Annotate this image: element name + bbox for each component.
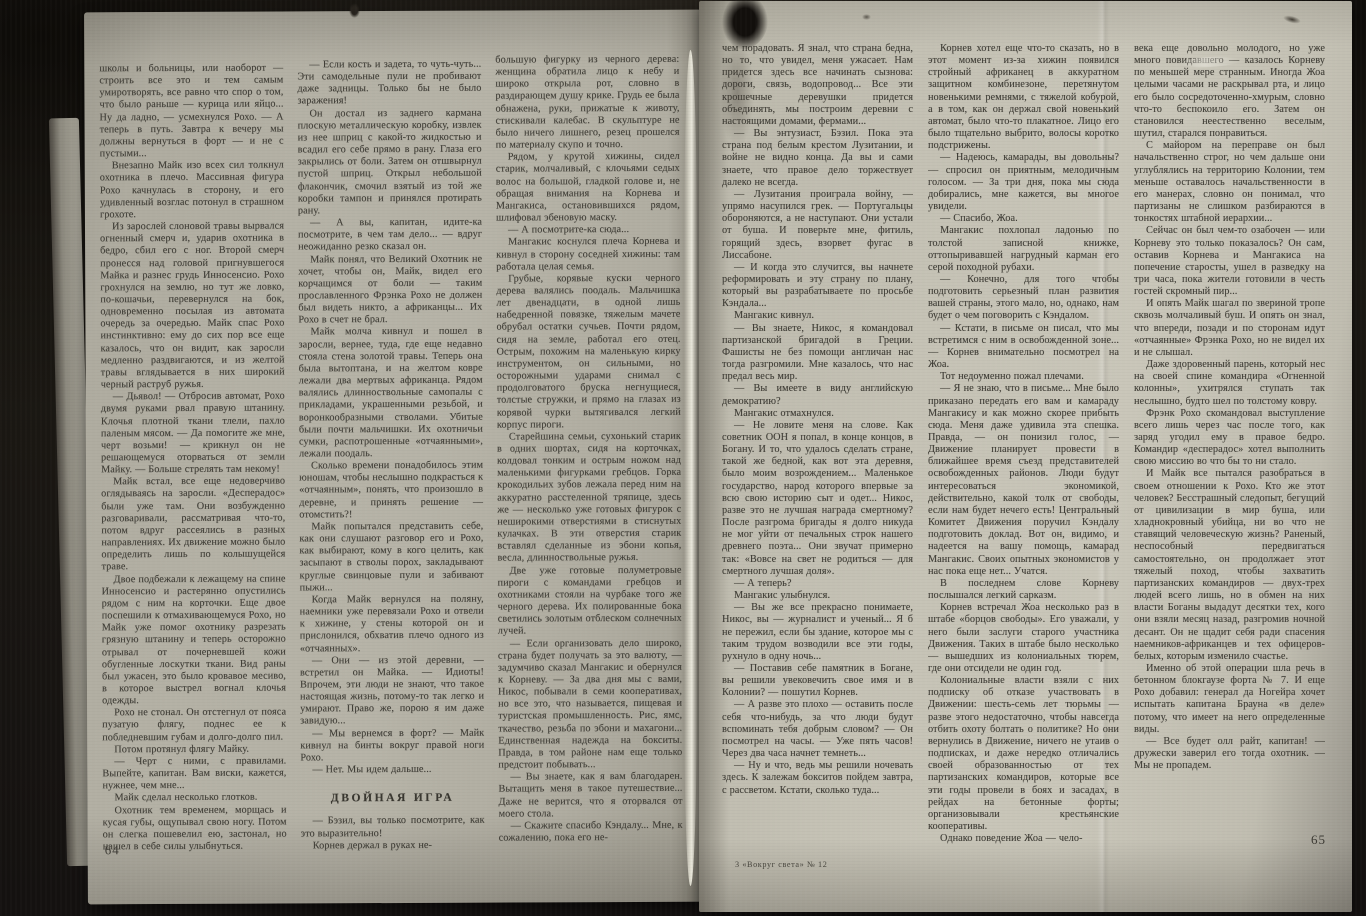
paragraph: — Кстати, в письме он писал, что мы встр… (928, 323, 1119, 372)
page-curl-edge (684, 50, 697, 886)
photo-of-magazine-spread: { "document": { "kind": "scanned magazin… (0, 0, 1366, 916)
paragraph: Однако поведение Жоа — чело- (928, 833, 1119, 845)
paragraph: — А посмотрите-ка сюда... (496, 224, 680, 237)
paragraph: Майк попытался представить себе, как они… (299, 521, 483, 595)
paragraph: Тот недоуменно пожал плечами. (928, 371, 1119, 383)
paragraph: — Вы знаете, как я вам благодарен. Вытащ… (498, 771, 682, 820)
right-page-number: 65 (1311, 832, 1326, 848)
paragraph: Потом протянул флягу Майку. (102, 743, 286, 756)
paragraph: Две уже готовые полуметровые пироги с ко… (497, 564, 681, 638)
paragraph: Мангакис отмахнулся. (722, 408, 913, 420)
paragraph: Майк сделал несколько глотков. (102, 792, 286, 805)
magazine-footer-note: 3 «Вокруг света» № 12 (735, 860, 827, 869)
paragraph: Охотник тем временем, морщась и кусая гу… (103, 804, 287, 853)
paragraph: — Поставив себе памятник в Богане, вы ре… (722, 663, 913, 699)
paragraph: Именно об этой операции шла речь в бетон… (1134, 663, 1325, 736)
paragraph: — Черт с ними, с правилами. Выпейте, кап… (102, 755, 286, 792)
paragraph: Мангакис коснулся плеча Корнева и кивнул… (496, 236, 680, 273)
paragraph: — Надеюсь, камарады, вы довольны? — спро… (928, 152, 1119, 213)
left-page-number: 64 (105, 842, 120, 858)
paragraph: — Вы знаете, Никос, я командовал партиза… (722, 323, 913, 384)
paragraph: Колониальные власти взяли с них подписку… (928, 675, 1119, 833)
paragraph: — Бэзил, вы только посмотрите, как это в… (301, 815, 485, 840)
paragraph: Он достал из заднего кармана плоскую мет… (297, 107, 481, 217)
paragraph: большую фигурку из черного дерева: женщи… (495, 54, 679, 152)
stain-speck (349, 3, 360, 18)
paragraph: — Ну и что, ведь мы решили ночевать здес… (722, 760, 913, 796)
paragraph: Даже здоровенный парень, который нес на … (1134, 359, 1325, 408)
left-page-column-3: большую фигурку из черного дерева: женщи… (495, 54, 683, 867)
section-heading: ДВОЙНАЯ ИГРА (300, 792, 484, 805)
left-page-column-1: школы и больницы, или наоборот — строить… (99, 62, 286, 865)
paragraph: — Конечно, для того чтобы подготовить се… (928, 274, 1119, 323)
paragraph: — Спасибо, Жоа. (928, 213, 1119, 225)
paragraph: — Они — из этой деревни, — встретил он М… (300, 654, 484, 728)
paragraph: Рохо не стонал. Он отстегнул от пояса пу… (102, 707, 286, 744)
paragraph: Майк встал, все еще недоверчиво оглядыва… (101, 476, 285, 574)
paragraph: Корнев встречал Жоа несколько раз в штаб… (928, 602, 1119, 675)
paragraph: — Скажите спасибо Кэндалу... Мне, к сожа… (499, 820, 683, 845)
paragraph: — Дьявол! — Отбросив автомат, Рохо двумя… (101, 391, 285, 477)
paragraph: — Не ловите меня на слове. Как советник … (722, 420, 913, 578)
paragraph: Майк понял, что Великий Охотник не хочет… (298, 253, 482, 327)
paragraph: — Вы имеете в виду английскую демократию… (722, 383, 913, 407)
right-page: чем порадовать. Я знал, что страна бедна… (699, 1, 1352, 912)
paragraph: — И когда это случится, вы начнете рефор… (722, 262, 913, 311)
paragraph: Мангакис похлопал ладонью по толстой зап… (928, 225, 1119, 274)
paragraph: Рядом, у крутой хижины, сидел старик, мо… (496, 151, 680, 225)
paragraph: Сколько времени понадобилось этим юношам… (299, 460, 483, 522)
paragraph: — Лузитания проиграла войну, — упрямо на… (722, 189, 913, 262)
right-page-column-3: века еще довольно молодого, но уже много… (1134, 43, 1325, 811)
paragraph: Двое подбежали к лежащему на спине Иннос… (102, 573, 287, 708)
paragraph: И опять Майк шагал по звериной тропе скв… (1134, 298, 1325, 359)
paragraph: Старейшина семьи, сухонький старик в одн… (497, 431, 682, 566)
paragraph: — Если кость и задета, то чуть-чуть... Э… (297, 59, 481, 108)
paragraph: — Вы же все прекрасно понимаете, Никос, … (722, 602, 913, 663)
paragraph: школы и больницы, или наоборот — строить… (99, 62, 283, 160)
paragraph: — Я не знаю, что в письме... Мне было пр… (928, 383, 1119, 578)
right-page-column-1: чем порадовать. Я знал, что страна бедна… (722, 43, 913, 847)
paragraph: Корнев хотел еще что-то сказать, но в эт… (928, 43, 1119, 152)
paragraph: — А разве это плохо — оставить после себ… (722, 699, 913, 760)
left-page: школы и больницы, или наоборот — строить… (84, 10, 705, 905)
paragraph: С майором на переправе он был начальстве… (1134, 140, 1325, 225)
paragraph: — А теперь? (722, 578, 913, 590)
paragraph: — А вы, капитан, идите-ка посмотрите, в … (298, 217, 482, 254)
paragraph: — Нет. Мы идем дальше... (300, 764, 484, 777)
paragraph: Майк молча кивнул и пошел в заросли, вер… (298, 326, 483, 461)
right-page-column-2: Корнев хотел еще что-то сказать, но в эт… (928, 43, 1119, 855)
paragraph: — Все будет олл райт, капитан! — дружеск… (1134, 736, 1325, 772)
left-page-column-2: — Если кость и задета, то чуть-чуть... Э… (297, 59, 485, 866)
paragraph: — Если организовать дело широко, страна … (498, 637, 683, 772)
stain-speck (862, 14, 871, 20)
paragraph: Корнев держал в руках не- (301, 839, 485, 852)
paragraph: И Майк все пытался разобраться в своем о… (1134, 468, 1325, 663)
paragraph: В последнем слове Корневу послышался лег… (928, 578, 1119, 602)
paragraph: Мангакис кивнул. (722, 310, 913, 322)
paragraph: Мангакис улыбнулся. (722, 590, 913, 602)
paragraph: Фрэнк Рохо скомандовал выступление всего… (1134, 408, 1325, 469)
paragraph: Сейчас он был чем-то озабочен — или Корн… (1134, 225, 1325, 298)
paragraph: Из зарослей слоновой травы вырвался огне… (100, 221, 285, 392)
paragraph: Грубые, корявые куски черного дерева вал… (496, 273, 681, 432)
paragraph: Когда Майк вернулся на поляну, наемники … (300, 593, 484, 655)
paragraph: — Вы энтузиаст, Бэзил. Пока эта страна п… (722, 128, 913, 189)
ink-stain-smudge (720, 38, 754, 148)
paragraph: — Мы вернемся в форт? — Майк кивнул на б… (300, 727, 484, 764)
paragraph: Внезапно Майк изо всех сил толкнул охотн… (100, 160, 284, 222)
